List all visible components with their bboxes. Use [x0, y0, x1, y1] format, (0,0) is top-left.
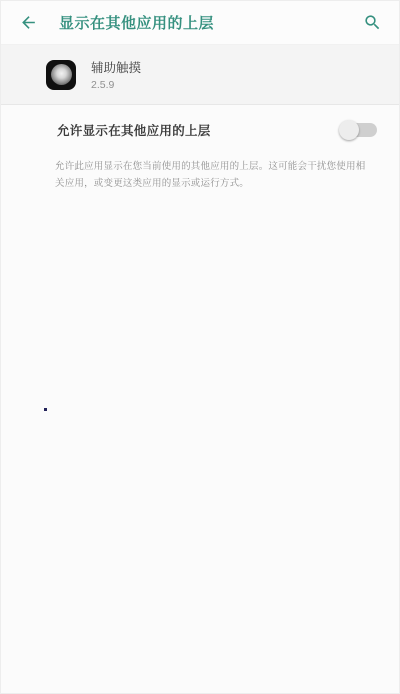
permission-label: 允许显示在其他应用的上层: [57, 121, 211, 139]
app-bar: 显示在其他应用的上层: [1, 1, 399, 45]
search-button[interactable]: [359, 10, 385, 36]
assistive-touch-orb: [51, 64, 72, 85]
assistive-touch-app-icon: [46, 60, 76, 90]
back-button[interactable]: [15, 10, 41, 36]
permission-description: 允许此应用显示在您当前使用的其他应用的上层。这可能会干扰您使用相关应用，或变更这…: [55, 159, 375, 192]
app-meta: 辅助触摸 2.5.9: [91, 58, 141, 91]
search-icon: [363, 13, 382, 32]
app-version: 2.5.9: [91, 79, 141, 91]
permission-row[interactable]: 允许显示在其他应用的上层: [1, 105, 399, 146]
toggle-thumb: [339, 120, 359, 140]
app-info-row: 辅助触摸 2.5.9: [1, 45, 399, 105]
app-name: 辅助触摸: [91, 58, 141, 76]
cursor-dot: [44, 408, 47, 411]
page-title: 显示在其他应用的上层: [59, 12, 359, 33]
permission-toggle[interactable]: [339, 120, 377, 140]
settings-screen: 显示在其他应用的上层 辅助触摸 2.5.9 允许显示在其他应用的上层 允许此应用…: [0, 0, 400, 694]
back-arrow-icon: [19, 13, 38, 32]
